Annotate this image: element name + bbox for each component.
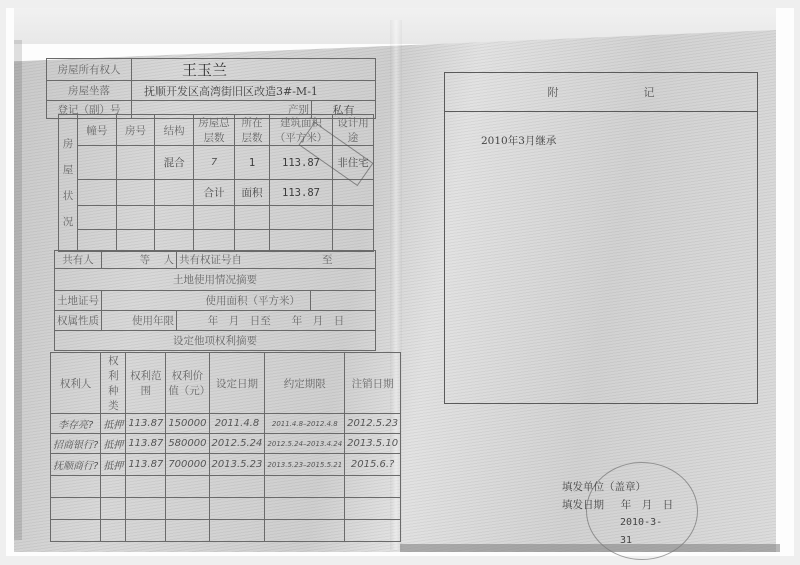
co-owner-label: 共有人: [55, 251, 102, 269]
floor-value: 1: [235, 146, 270, 180]
col-room: 房号: [116, 115, 155, 146]
owner-value: 王玉兰: [132, 59, 376, 81]
col-floor: 所在层数: [235, 115, 270, 146]
col-term: 约定期限: [265, 353, 345, 414]
house-status-label: 房 屋 状 况: [59, 115, 78, 252]
co-owner-count: 等 人: [102, 251, 177, 269]
owner-label: 房屋所有权人: [47, 59, 132, 81]
land-term-value: 年 月 日至 年 月 日: [177, 311, 376, 331]
land-nature-label: 权属性质: [55, 311, 102, 331]
owner-info-table: 房屋所有权人 王玉兰 房屋坐落 抚顺开发区高湾街旧区改造3#-M-1 登记（副）…: [46, 58, 376, 119]
land-summary-title: 土地使用情况摘要: [55, 269, 376, 291]
col-cancel-date: 注销日期: [345, 353, 401, 414]
col-value: 权利价值（元）: [166, 353, 209, 414]
issuer-label: 填发单位（盖章）: [562, 478, 673, 496]
col-building: 幢号: [78, 115, 117, 146]
page-edge-shadow: [14, 40, 22, 540]
land-term-label: 使用年限: [102, 311, 177, 331]
col-structure: 结构: [155, 115, 194, 146]
total-area-value: 113.87: [270, 180, 333, 206]
land-use-table: 共有人 等 人 共有权证号自至 土地使用情况摘要 土地证号 使用面积（平方米） …: [54, 250, 376, 351]
other-rights-table: 权利人 权利种类 权利范围 权利价值（元） 设定日期 约定期限 注销日期 李存亮…: [50, 352, 401, 542]
col-total-floors: 房屋总层数: [194, 115, 235, 146]
total-area-label: 面积: [235, 180, 270, 206]
notes-box: 附 记 2010年3月继承: [444, 72, 758, 404]
issue-date-row: 填发日期 年 月 日: [562, 496, 673, 514]
inheritance-note: 2010年3月继承: [481, 133, 556, 148]
col-set-date: 设定日期: [209, 353, 265, 414]
total-floors-value: 7: [194, 146, 235, 180]
total-row: 合计 面积 113.87: [59, 180, 374, 206]
notes-header: 附 记: [445, 73, 757, 112]
col-holder: 权利人: [51, 353, 101, 414]
rights-row: 招商银行? 抵押 113.87 580000 2012.5.24 2012.5.…: [51, 434, 401, 454]
structure-value: 混合: [155, 146, 194, 180]
land-cert-label: 土地证号: [55, 291, 102, 311]
other-rights-title: 设定他项权利摘要: [55, 331, 376, 351]
land-area-label: 使用面积（平方米）: [102, 291, 311, 311]
scan-bottom-edge: [400, 544, 780, 552]
total-label: 合计: [194, 180, 235, 206]
rights-row: 李存亮? 抵押 113.87 150000 2011.4.8 2011.4.8–…: [51, 414, 401, 434]
col-kind: 权利种类: [101, 353, 126, 414]
co-cert-range: 共有权证号自至: [177, 251, 376, 269]
location-label: 房屋坐落: [47, 81, 132, 101]
col-scope: 权利范围: [126, 353, 166, 414]
rights-row: 抚顺商行? 抵押 113.87 700000 2013.5.23 2013.5.…: [51, 454, 401, 476]
location-value: 抚顺开发区高湾街旧区改造3#-M-1: [132, 81, 376, 101]
issuer-block: 填发单位（盖章） 填发日期 年 月 日 2010-3-31: [562, 478, 673, 514]
